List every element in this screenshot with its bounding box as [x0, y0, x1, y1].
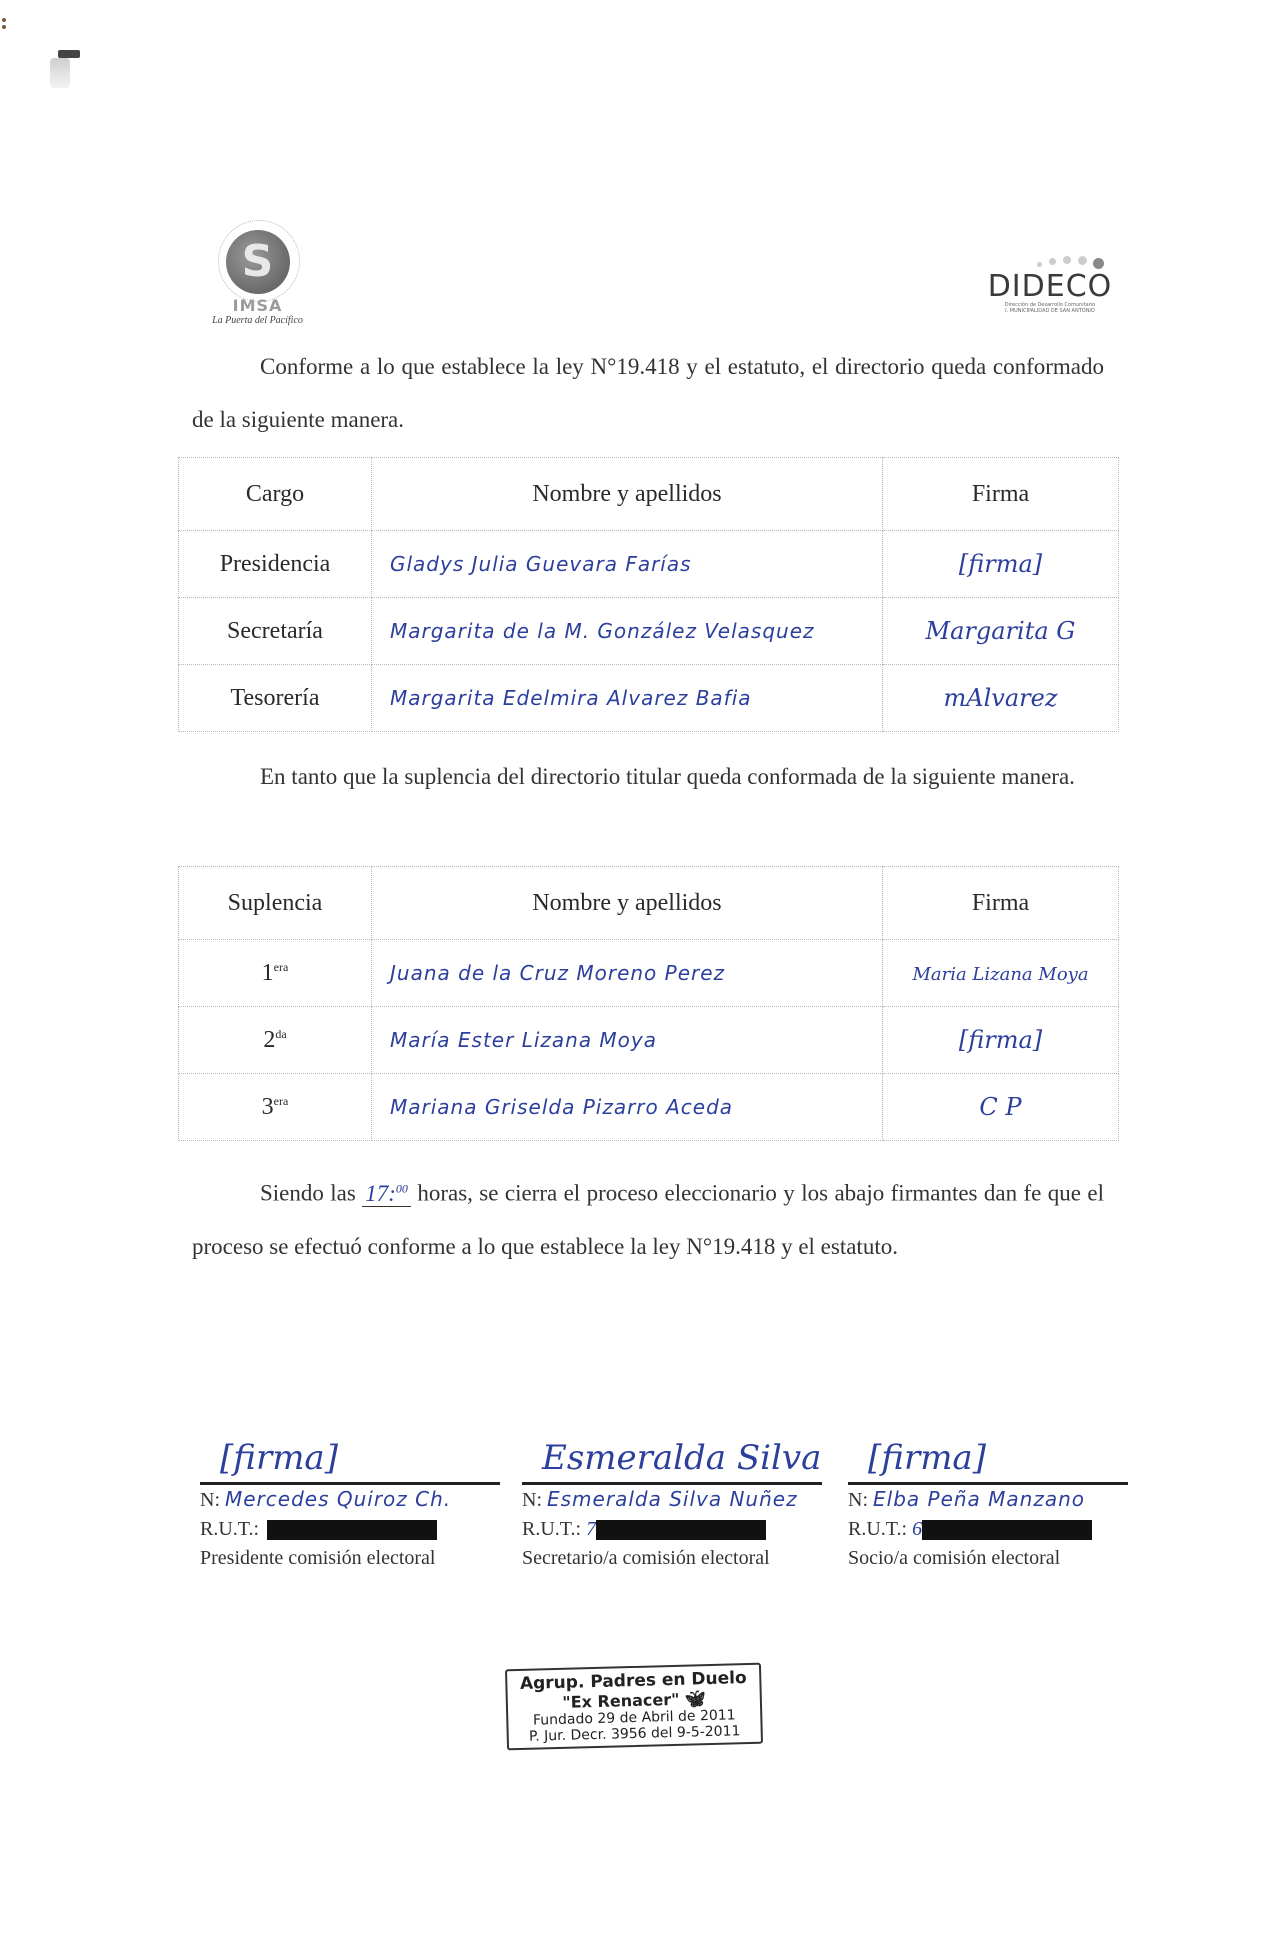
handwritten-name: Margarita Edelmira Alvarez Bafia	[372, 686, 752, 710]
directorio-table: Cargo Nombre y apellidos Firma Presidenc…	[178, 457, 1119, 732]
header-firma: Firma	[883, 458, 1119, 531]
organization-stamp: Agrup. Padres en Duelo "Ex Renacer" 🦋︎ F…	[505, 1663, 763, 1751]
cargo-cell: Secretaría	[179, 598, 372, 665]
signature: Maria Lizana Moya	[912, 964, 1088, 985]
table-row: Secretaría Margarita de la M. González V…	[179, 598, 1119, 665]
imsa-logo: IMSA La Puerta del Pacífico	[190, 230, 325, 326]
closing-paragraph: Siendo las 17:00 horas, se cierra el pro…	[192, 1162, 1104, 1273]
signature: C P	[979, 1093, 1021, 1121]
signature-line: Esmeralda Silva	[522, 1420, 822, 1485]
signature: [firma]	[959, 550, 1042, 578]
cargo-cell: Presidencia	[179, 531, 372, 598]
signer-name: Elba Peña Manzano	[873, 1487, 1085, 1511]
dideco-name: DIDECO	[975, 272, 1125, 302]
handwritten-name: Mariana Griselda Pizarro Aceda	[372, 1095, 733, 1119]
header-nombre: Nombre y apellidos	[372, 867, 883, 940]
header-nombre: Nombre y apellidos	[372, 458, 883, 531]
signature: Margarita G	[926, 617, 1076, 645]
signature: Esmeralda Silva	[542, 1438, 821, 1478]
firma-cell: C P	[883, 1074, 1119, 1141]
dideco-emblem-icon	[975, 250, 1125, 272]
handwritten-name: Juana de la Cruz Moreno Perez	[372, 961, 725, 985]
signer-presidente: [firma] N: Mercedes Quiroz Ch. R.U.T.: P…	[200, 1420, 500, 1573]
nombre-cell: Gladys Julia Guevara Farías	[372, 531, 883, 598]
handwritten-name: Margarita de la M. González Velasquez	[372, 619, 815, 643]
signer-secretario: Esmeralda Silva N: Esmeralda Silva Nuñez…	[522, 1420, 822, 1573]
suplencia-number: 1era	[179, 940, 372, 1007]
dideco-logo: DIDECO Dirección de Desarrollo Comunitar…	[975, 250, 1125, 314]
signer-socio: [firma] N: Elba Peña Manzano R.U.T.: 6 S…	[848, 1420, 1128, 1573]
firma-cell: Maria Lizana Moya	[883, 940, 1119, 1007]
suplencia-table: Suplencia Nombre y apellidos Firma 1era …	[178, 866, 1119, 1141]
scan-artifact	[2, 25, 6, 29]
dideco-municipality: I. MUNICIPALIDAD DE SAN ANTONIO	[975, 308, 1125, 314]
nombre-cell: Mariana Griselda Pizarro Aceda	[372, 1074, 883, 1141]
signer-role: Secretario/a comisión electoral	[522, 1544, 822, 1573]
firma-cell: Margarita G	[883, 598, 1119, 665]
nombre-cell: Margarita Edelmira Alvarez Bafia	[372, 665, 883, 732]
table-row: 1era Juana de la Cruz Moreno Perez Maria…	[179, 940, 1119, 1007]
cargo-cell: Tesorería	[179, 665, 372, 732]
signer-role: Socio/a comisión electoral	[848, 1544, 1128, 1573]
logo-tagline: La Puerta del Pacífico	[190, 315, 325, 326]
redacted-rut	[596, 1520, 766, 1540]
signer-role: Presidente comisión electoral	[200, 1544, 500, 1573]
signature-line: [firma]	[200, 1420, 500, 1485]
table-row: Tesorería Margarita Edelmira Alvarez Baf…	[179, 665, 1119, 732]
nombre-cell: Juana de la Cruz Moreno Perez	[372, 940, 883, 1007]
suplencia-text: En tanto que la suplencia del directorio…	[260, 764, 1075, 789]
intro-text: Conforme a lo que establece la ley N°19.…	[192, 354, 1104, 432]
handwritten-name: María Ester Lizana Moya	[372, 1028, 657, 1052]
suplencia-number: 2da	[179, 1007, 372, 1074]
butterfly-icon: 🦋︎	[685, 1689, 706, 1709]
intro-paragraph: Conforme a lo que establece la ley N°19.…	[192, 340, 1104, 446]
table-header-row: Cargo Nombre y apellidos Firma	[179, 458, 1119, 531]
table-row: 3era Mariana Griselda Pizarro Aceda C P	[179, 1074, 1119, 1141]
scan-artifact	[50, 58, 70, 88]
scan-artifact	[2, 18, 6, 22]
nombre-cell: María Ester Lizana Moya	[372, 1007, 883, 1074]
redacted-rut	[922, 1520, 1092, 1540]
handwritten-name: Gladys Julia Guevara Farías	[372, 552, 692, 576]
signature: [firma]	[868, 1438, 986, 1478]
firma-cell: [firma]	[883, 1007, 1119, 1074]
header-suplencia: Suplencia	[179, 867, 372, 940]
nombre-cell: Margarita de la M. González Velasquez	[372, 598, 883, 665]
header-firma: Firma	[883, 867, 1119, 940]
header-cargo: Cargo	[179, 458, 372, 531]
scan-artifact	[58, 50, 80, 58]
table-row: Presidencia Gladys Julia Guevara Farías …	[179, 531, 1119, 598]
firma-cell: mAlvarez	[883, 665, 1119, 732]
firma-cell: [firma]	[883, 531, 1119, 598]
suplencia-paragraph: En tanto que la suplencia del directorio…	[192, 750, 1104, 803]
suplencia-number: 3era	[179, 1074, 372, 1141]
signature-line: [firma]	[848, 1420, 1128, 1485]
municipality-emblem-icon	[226, 230, 290, 294]
redacted-rut	[267, 1520, 437, 1540]
closing-time: 17:00	[362, 1181, 411, 1207]
signature: [firma]	[959, 1026, 1042, 1054]
signature: [firma]	[220, 1438, 338, 1478]
signer-name: Mercedes Quiroz Ch.	[225, 1487, 451, 1511]
signature: mAlvarez	[944, 684, 1058, 712]
table-row: 2da María Ester Lizana Moya [firma]	[179, 1007, 1119, 1074]
signer-name: Esmeralda Silva Nuñez	[547, 1487, 798, 1511]
table-header-row: Suplencia Nombre y apellidos Firma	[179, 867, 1119, 940]
